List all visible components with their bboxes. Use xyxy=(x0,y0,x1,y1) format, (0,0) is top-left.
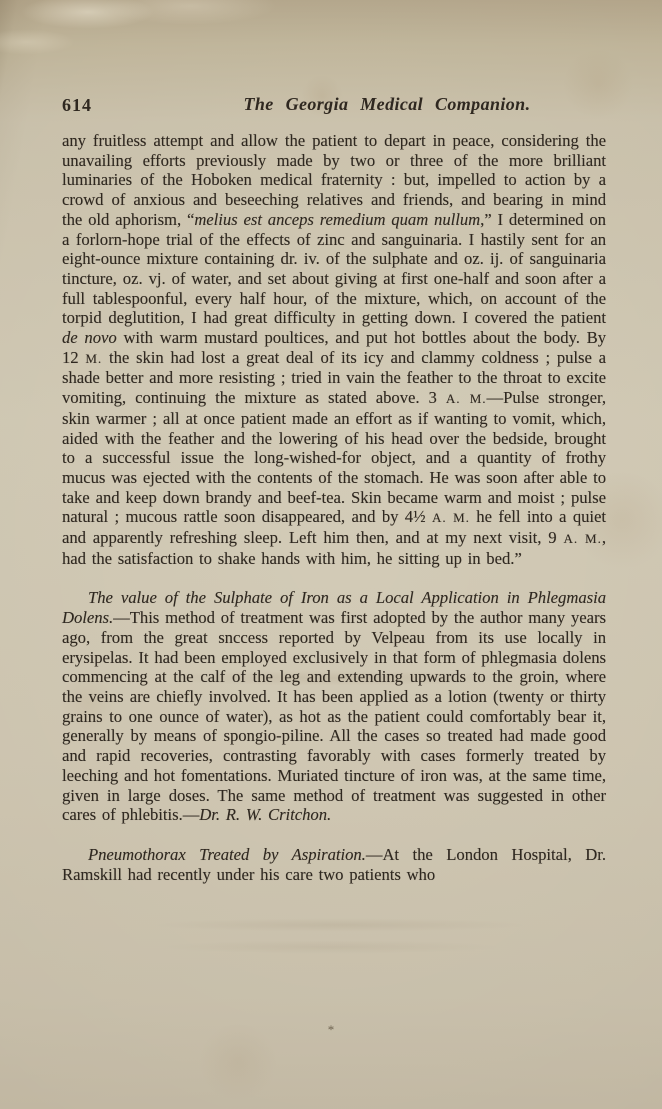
pneumothorax-paragraph: Pneumothorax Treated by Aspiration.—At t… xyxy=(62,845,606,884)
case-report-continuation-paragraph: any fruitless attempt and allow the pati… xyxy=(62,131,606,568)
book-page: 614 The Georgia Medical Companion. any f… xyxy=(0,0,662,1109)
sulphate-of-iron-paragraph: The value of the Sulphate of Iron as a L… xyxy=(62,588,606,824)
body-paragraphs: any fruitless attempt and allow the pati… xyxy=(62,131,606,884)
running-title: The Georgia Medical Companion. xyxy=(152,94,622,115)
footnote-mark: * xyxy=(0,1022,662,1038)
page-header: 614 The Georgia Medical Companion. xyxy=(62,94,622,120)
page-body: any fruitless attempt and allow the pati… xyxy=(62,131,606,884)
page-number: 614 xyxy=(62,95,92,116)
